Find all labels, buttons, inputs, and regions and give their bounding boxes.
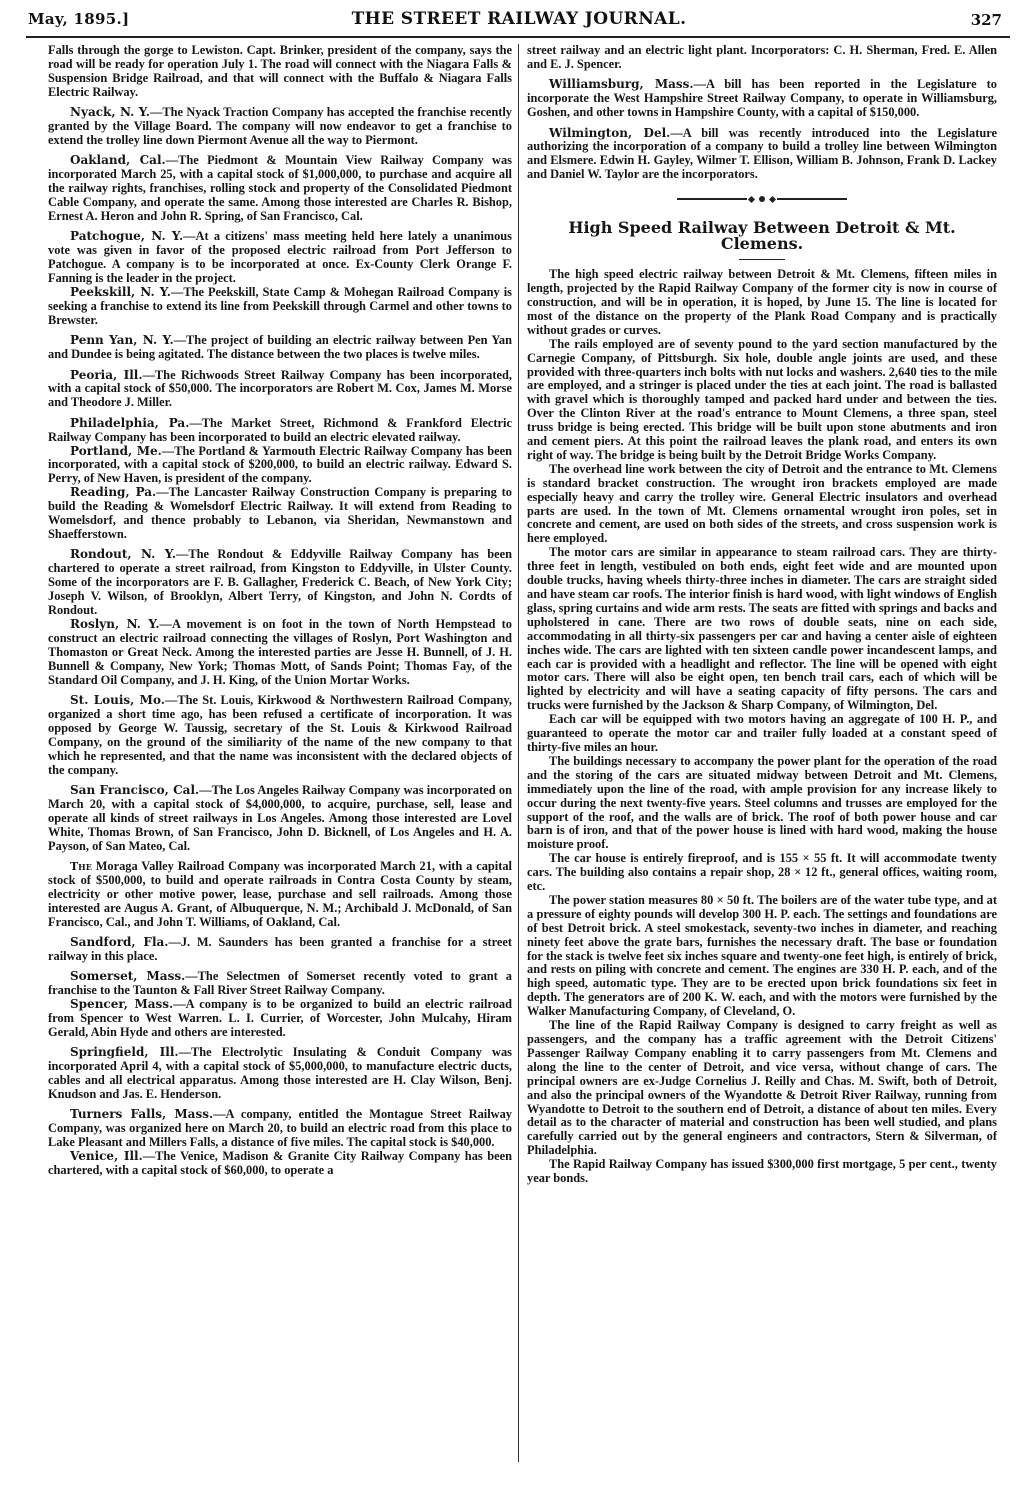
news-item-place: Spencer, Mass. [70,997,173,1011]
news-item-text: Moraga Valley Railroad Company was incor… [48,859,512,929]
news-item: Patchogue, N. Y.—At a citizens' mass mee… [48,230,512,286]
news-item: Oakland, Cal.—The Piedmont & Mountain Vi… [48,154,512,224]
news-item: Rondout, N. Y.—The Rondout & Eddyville R… [48,548,512,618]
news-item-place: Roslyn, N. Y. [70,617,160,631]
news-item: Springfield, Ill.—The Electrolytic Insul… [48,1046,512,1102]
article-paragraph: The Rapid Railway Company has issued $30… [527,1158,997,1186]
news-item: Falls through the gorge to Lewiston. Cap… [48,44,512,100]
news-item-place: St. Louis, Mo. [70,693,165,707]
news-item: Nyack, N. Y.—The Nyack Traction Company … [48,106,512,148]
news-item-place: San Francisco, Cal. [70,783,199,797]
ornament-line [777,198,847,200]
news-item: San Francisco, Cal.—The Los Angeles Rail… [48,784,512,854]
article-title: High Speed Railway Between Detroit & Mt.… [527,220,997,252]
title-rule [739,259,785,260]
news-item-place: Philadelphia, Pa. [70,416,189,430]
ornament-line [677,198,747,200]
running-header: May, 1895.] THE STREET RAILWAY JOURNAL. … [28,0,1010,34]
section-ornament [527,194,997,204]
article-paragraph: The rails employed are of seventy pound … [527,338,997,463]
news-item: Roslyn, N. Y.—A movement is on foot in t… [48,618,512,688]
news-item: Turners Falls, Mass.—A company, entitled… [48,1108,512,1150]
news-item: Sandford, Fla.—J. M. Saunders has been g… [48,936,512,964]
ornament-diamond [769,196,776,203]
news-item: The Moraga Valley Railroad Company was i… [48,860,512,930]
news-item-text: street railway and an electric light pla… [527,43,997,71]
article-paragraph: The power station measures 80 × 50 ft. T… [527,894,997,1019]
news-item-place: Nyack, N. Y. [70,105,150,119]
news-item: street railway and an electric light pla… [527,44,997,72]
article-paragraph: Each car will be equipped with two motor… [527,713,997,755]
news-item: Wilmington, Del.—A bill was recently int… [527,127,997,183]
news-item: Spencer, Mass.—A company is to be organi… [48,998,512,1040]
header-rule [26,36,1010,38]
news-item: Somerset, Mass.—The Selectmen of Somerse… [48,970,512,998]
news-item-place: Venice, Ill. [70,1149,143,1163]
news-item: Peekskill, N. Y.—The Peekskill, State Ca… [48,286,512,328]
article-paragraph: The buildings necessary to accompany the… [527,755,997,852]
news-item-place: Peekskill, N. Y. [70,285,171,299]
article-paragraph: The motor cars are similar in appearance… [527,546,997,713]
right-column: street railway and an electric light pla… [527,44,997,1186]
news-item-place: Springfield, Ill. [70,1045,179,1059]
news-item: Portland, Me.—The Portland & Yarmouth El… [48,445,512,487]
news-item-place: Somerset, Mass. [70,969,185,983]
news-item-place: Williamsburg, Mass. [549,77,694,91]
news-item: Reading, Pa.—The Lancaster Railway Const… [48,486,512,542]
news-item-place: Wilmington, Del. [549,126,670,140]
news-item: Williamsburg, Mass.—A bill has been repo… [527,78,997,120]
news-item-place: Oakland, Cal. [70,153,166,167]
article: High Speed Railway Between Detroit & Mt.… [527,220,997,1186]
article-paragraph: The car house is entirely fireproof, and… [527,852,997,894]
article-paragraph: The line of the Rapid Railway Company is… [527,1019,997,1158]
article-paragraph: The overhead line work between the city … [527,463,997,546]
news-item: St. Louis, Mo.—The St. Louis, Kirkwood &… [48,694,512,777]
news-item-place: Sandford, Fla. [70,935,168,949]
ornament-diamond [748,196,755,203]
news-item-place: Turners Falls, Mass. [70,1107,213,1121]
news-item-place: Peoria, Ill. [70,368,143,382]
news-item: Peoria, Ill.—The Richwoods Street Railwa… [48,369,512,411]
news-item-place: Patchogue, N. Y. [70,229,183,243]
news-item: Philadelphia, Pa.—The Market Street, Ric… [48,417,512,445]
news-item-place: Portland, Me. [70,444,162,458]
ornament-dot [759,196,765,202]
article-paragraph: The high speed electric railway between … [527,268,997,338]
news-item-place: The [70,860,92,873]
journal-title: THE STREET RAILWAY JOURNAL. [28,9,1010,29]
news-item: Penn Yan, N. Y.—The project of building … [48,334,512,362]
news-item-place: Reading, Pa. [70,485,156,499]
left-column: Falls through the gorge to Lewiston. Cap… [48,44,512,1184]
news-item-place: Rondout, N. Y. [70,547,176,561]
news-item-text: Falls through the gorge to Lewiston. Cap… [48,43,512,99]
column-divider [518,44,519,1462]
news-item-place: Penn Yan, N. Y. [70,333,174,347]
page-number: 327 [971,11,1002,29]
news-item: Venice, Ill.—The Venice, Madison & Grani… [48,1150,512,1178]
